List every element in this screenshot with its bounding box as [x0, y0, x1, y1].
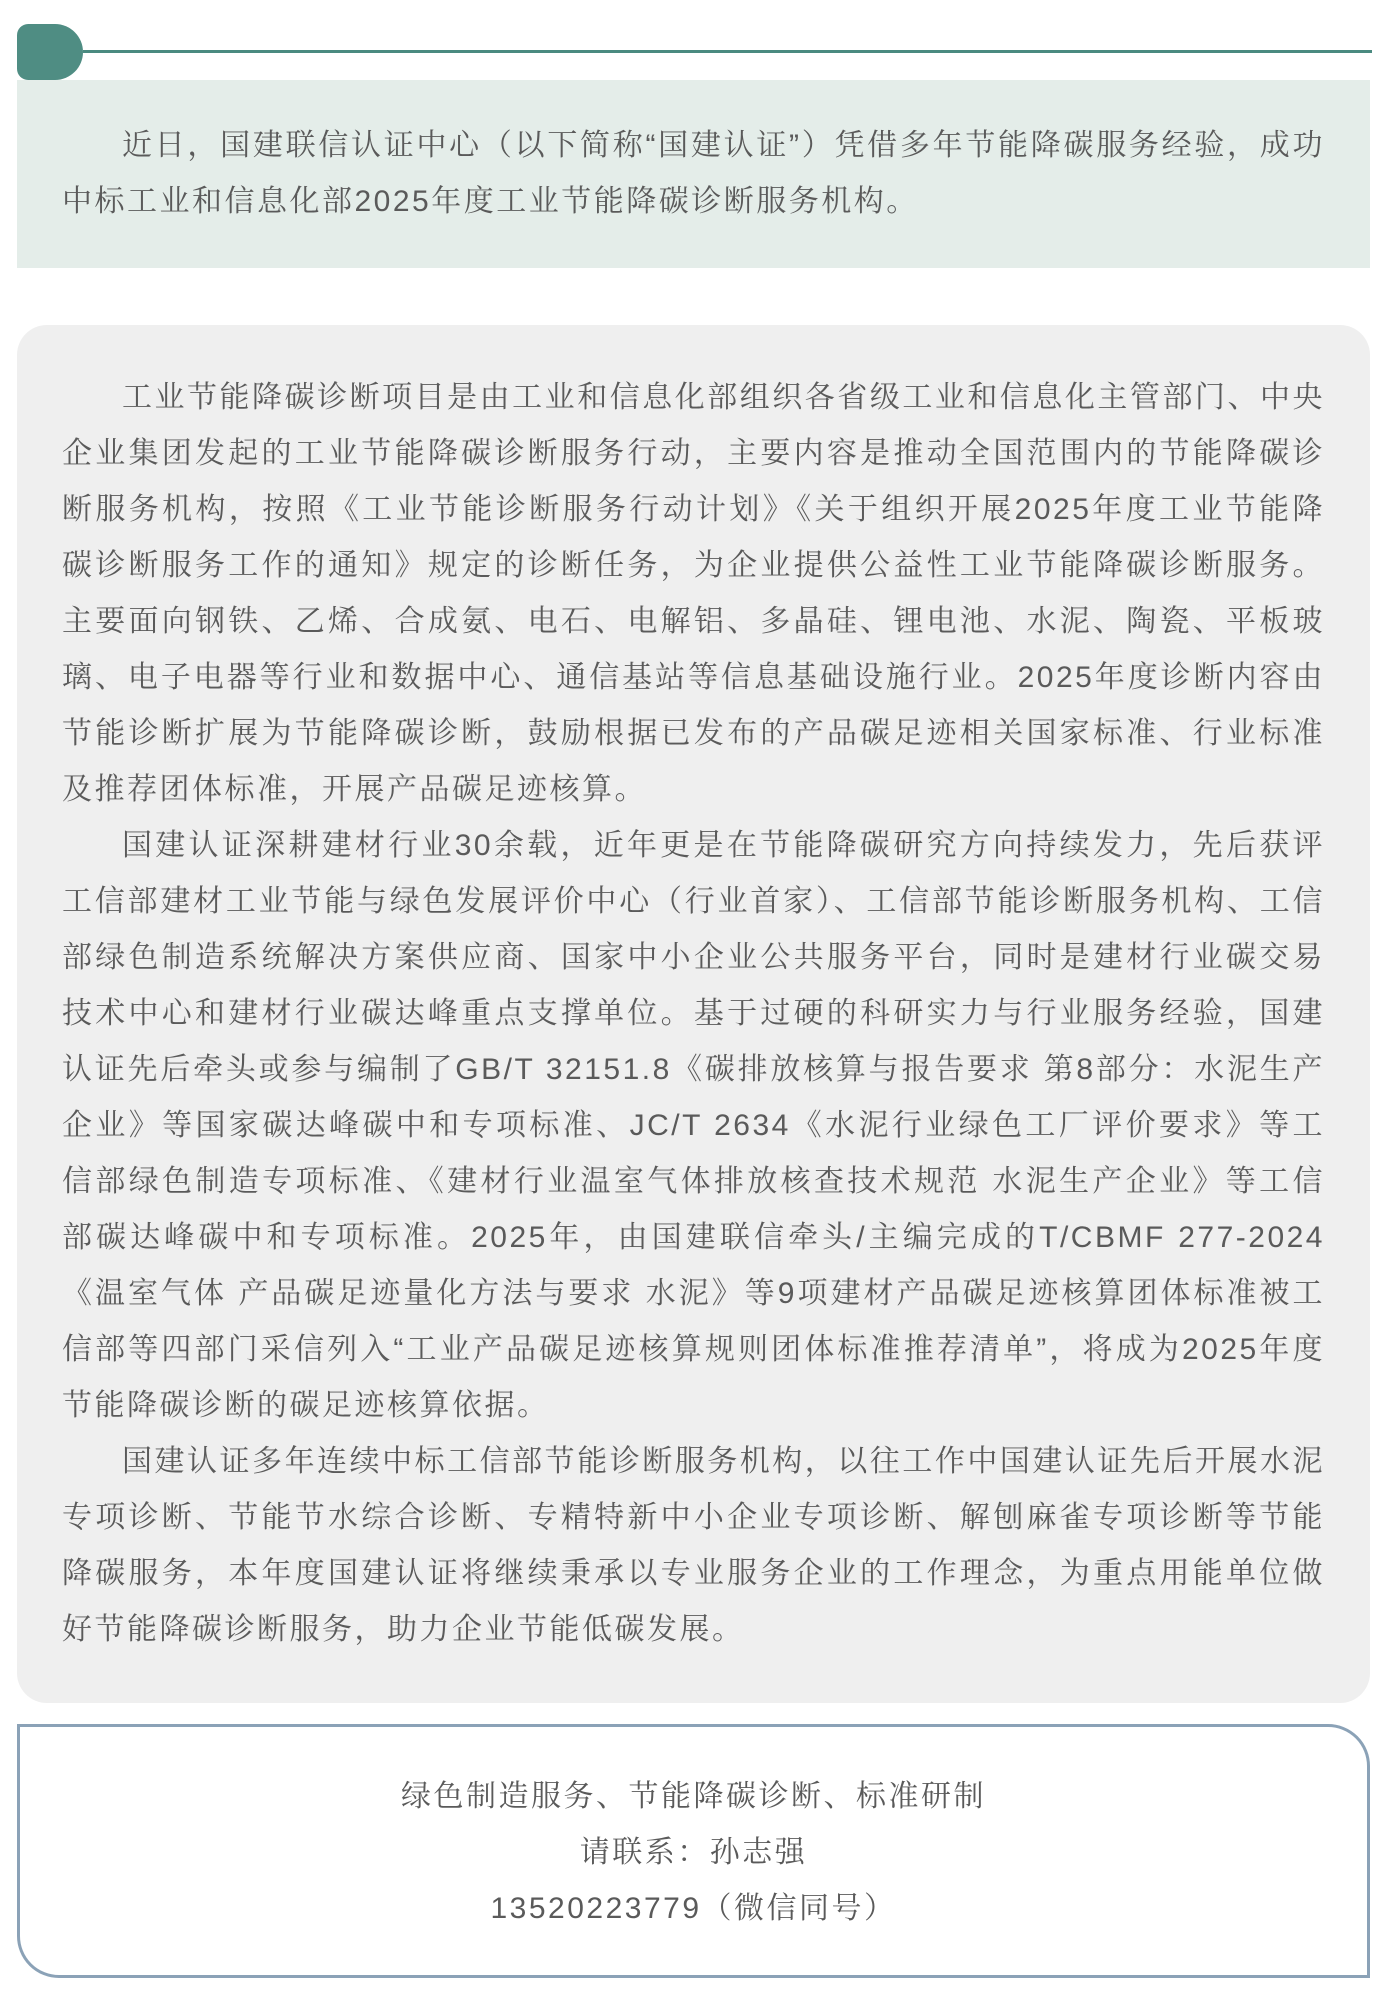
contact-services-line: 绿色制造服务、节能降碳诊断、标准研制 — [60, 1769, 1327, 1825]
header-decor — [0, 0, 1390, 80]
contact-box: 绿色制造服务、节能降碳诊断、标准研制 请联系：孙志强 13520223779（微… — [17, 1724, 1370, 1978]
body-paragraph-3: 国建认证多年连续中标工信部节能诊断服务机构，以往工作中国建认证先后开展水泥专项诊… — [62, 1434, 1325, 1658]
body-paragraph-2: 国建认证深耕建材行业30余载，近年更是在节能降碳研究方向持续发力，先后获评工信部… — [62, 818, 1325, 1434]
contact-person-line: 请联系：孙志强 — [60, 1825, 1327, 1881]
intro-paragraph: 近日，国建联信认证中心（以下简称“国建认证”）凭借多年节能降碳服务经验，成功中标… — [62, 118, 1325, 230]
intro-summary-box: 近日，国建联信认证中心（以下简称“国建认证”）凭借多年节能降碳服务经验，成功中标… — [17, 80, 1370, 268]
header-divider-line — [83, 50, 1372, 53]
article-body-box: 工业节能降碳诊断项目是由工业和信息化部组织各省级工业和信息化主管部门、中央企业集… — [17, 325, 1370, 1703]
header-pill-decor — [17, 24, 83, 80]
body-paragraph-1: 工业节能降碳诊断项目是由工业和信息化部组织各省级工业和信息化主管部门、中央企业集… — [62, 370, 1325, 818]
contact-phone-line: 13520223779（微信同号） — [60, 1881, 1327, 1937]
